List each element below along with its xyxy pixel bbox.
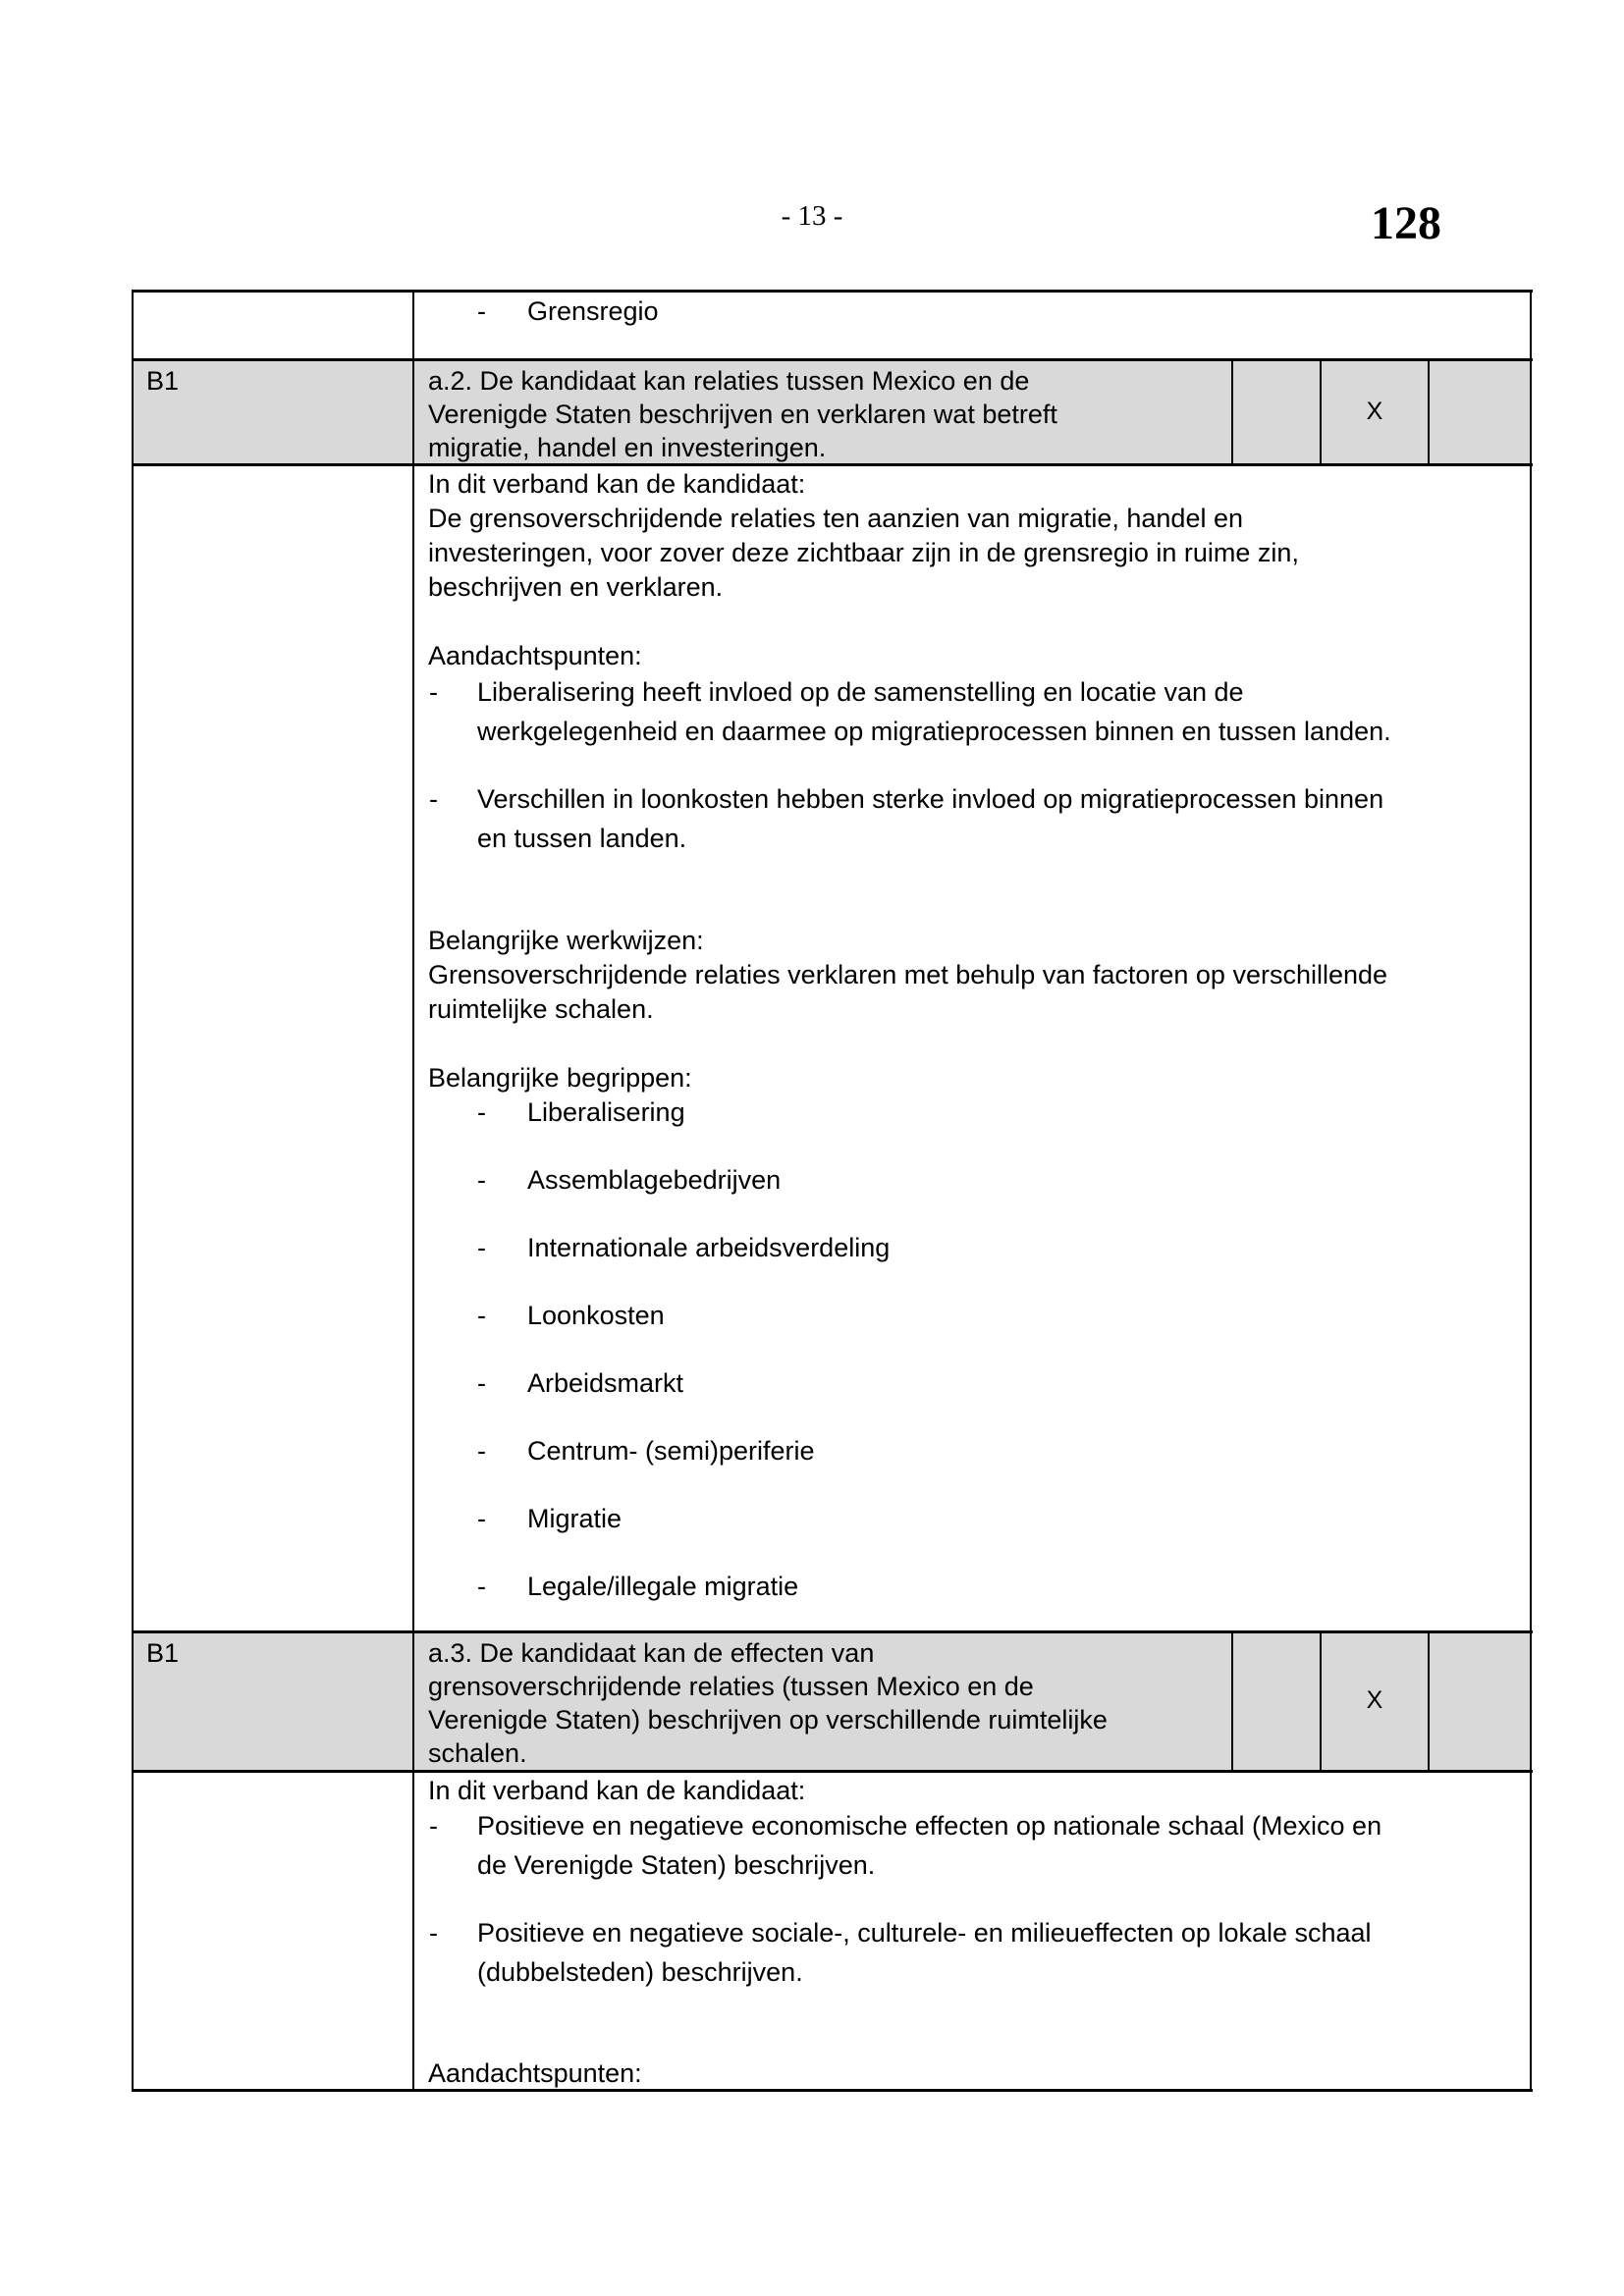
attention-point-line: en tussen landen. — [477, 822, 686, 856]
row-divider — [132, 463, 1533, 466]
concept-item: Migratie — [527, 1502, 622, 1536]
objective-line: schalen. — [428, 1736, 527, 1771]
column-divider — [1231, 358, 1233, 465]
bullet-dash: - — [477, 1095, 486, 1130]
bullet-dash: - — [477, 1570, 486, 1604]
objective-line: Verenigde Staten) beschrijven op verschi… — [428, 1703, 1108, 1737]
effect-line: (dubbelsteden) beschrijven. — [477, 1955, 803, 1990]
bullet-dash: - — [429, 782, 438, 817]
attention-point-line: werkgelegenheid en daarmee op migratiepr… — [477, 715, 1391, 749]
bullet-dash: - — [429, 1916, 438, 1950]
bullet-dash: - — [477, 1299, 486, 1333]
bullet-dash: - — [477, 294, 486, 329]
objective-line: Verenigde Staten beschrijven en verklare… — [428, 398, 1057, 432]
objective-line: grensoverschrijdende relaties (tussen Me… — [428, 1670, 1034, 1704]
document-page-number: 128 — [1371, 196, 1441, 250]
section-heading-aandachtspunten: Aandachtspunten: — [428, 639, 642, 673]
table-border-top — [132, 290, 1533, 293]
objective-line: a.3. De kandidaat kan de effecten van — [428, 1636, 874, 1671]
effect-line: Positieve en negatieve sociale-, culture… — [477, 1916, 1372, 1950]
table-border-right — [1530, 290, 1532, 2092]
intro-text: In dit verband kan de kandidaat: — [428, 467, 805, 502]
description-line: De grensoverschrijdende relaties ten aan… — [428, 502, 1243, 536]
effect-line: de Verenigde Staten) beschrijven. — [477, 1848, 875, 1883]
section-heading-begrippen: Belangrijke begrippen: — [428, 1061, 692, 1095]
bullet-dash: - — [477, 1163, 486, 1198]
level-cell-b-checkmark: X — [1322, 398, 1428, 426]
column-divider — [1428, 1630, 1430, 1772]
table-border-left — [132, 290, 134, 2092]
concept-item: Liberalisering — [527, 1095, 685, 1130]
concept-item: Assemblagebedrijven — [527, 1163, 781, 1198]
domain-code: B1 — [146, 364, 179, 399]
concept-item: Internationale arbeidsverdeling — [527, 1231, 890, 1265]
bullet-dash: - — [477, 1502, 486, 1536]
attention-point-line: Verschillen in loonkosten hebben sterke … — [477, 782, 1383, 817]
concept-item: Grensregio — [527, 294, 659, 329]
working-method-line: ruimtelijke schalen. — [428, 992, 654, 1027]
concept-item: Legale/illegale migratie — [527, 1570, 798, 1604]
objective-line: a.2. De kandidaat kan relaties tussen Me… — [428, 364, 1029, 399]
column-divider — [1428, 358, 1430, 465]
table-border-bottom — [132, 2089, 1533, 2092]
section-heading-aandachtspunten: Aandachtspunten: — [428, 2056, 642, 2091]
effect-line: Positieve en negatieve economische effec… — [477, 1809, 1381, 1843]
page-number: - 13 - — [746, 200, 878, 233]
concept-item: Centrum- (semi)periferie — [527, 1434, 815, 1468]
attention-point-line: Liberalisering heeft invloed op de samen… — [477, 675, 1244, 710]
row-divider — [132, 1630, 1533, 1633]
bullet-dash: - — [429, 1809, 438, 1843]
domain-code: B1 — [146, 1636, 179, 1671]
description-line: investeringen, voor zover deze zichtbaar… — [428, 536, 1299, 570]
bullet-dash: - — [477, 1231, 486, 1265]
row-divider — [132, 358, 1533, 361]
concept-item: Arbeidsmarkt — [527, 1366, 683, 1401]
working-method-line: Grensoverschrijdende relaties verklaren … — [428, 958, 1387, 992]
row-divider — [132, 1770, 1533, 1773]
objective-line: migratie, handel en investeringen. — [428, 431, 826, 465]
column-divider — [412, 290, 414, 2092]
bullet-dash: - — [477, 1434, 486, 1468]
bullet-dash: - — [477, 1366, 486, 1401]
intro-text: In dit verband kan de kandidaat: — [428, 1774, 805, 1808]
description-line: beschrijven en verklaren. — [428, 570, 723, 605]
section-heading-werkwijzen: Belangrijke werkwijzen: — [428, 924, 704, 958]
level-cell-b-checkmark: X — [1322, 1686, 1428, 1715]
column-divider — [1231, 1630, 1233, 1772]
bullet-dash: - — [429, 675, 438, 710]
concept-item: Loonkosten — [527, 1299, 665, 1333]
